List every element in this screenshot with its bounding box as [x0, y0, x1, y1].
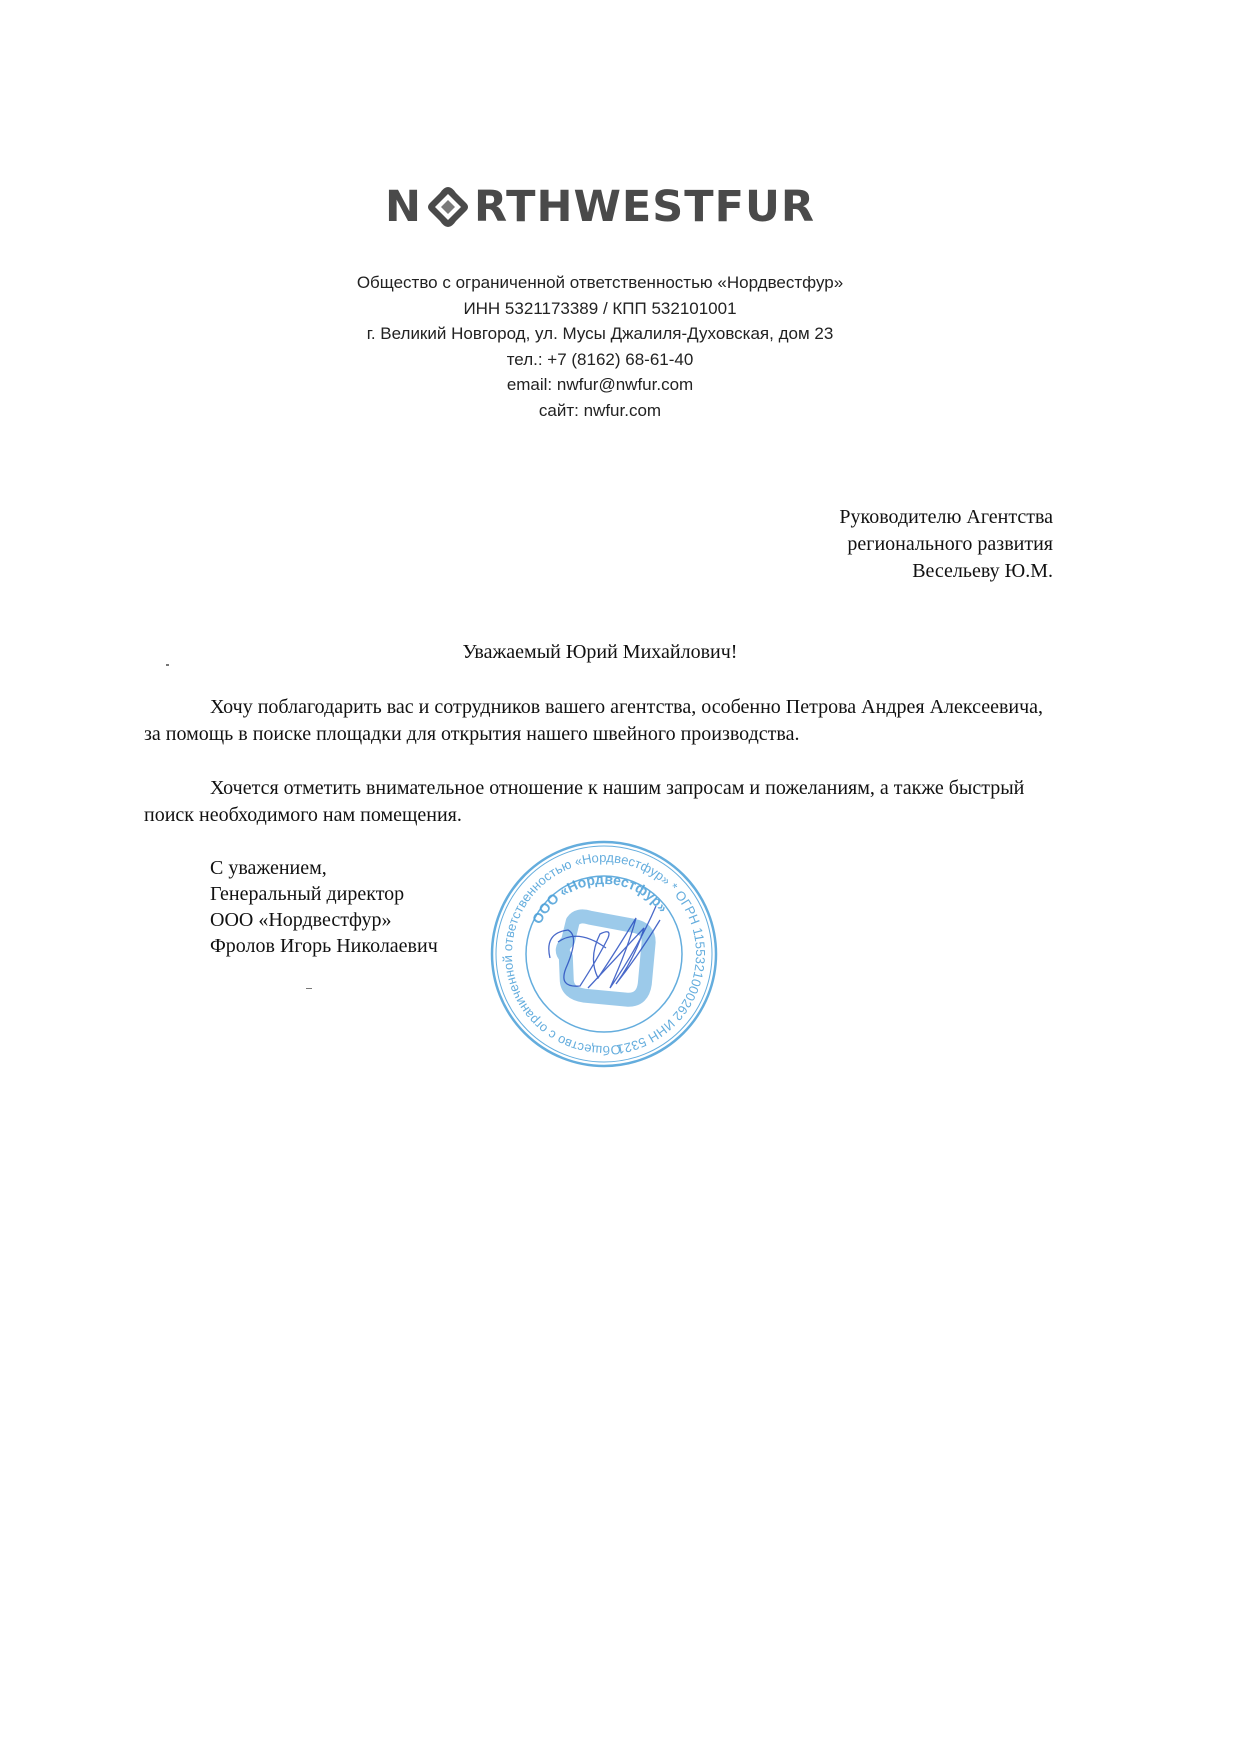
signer-title: Генеральный директор: [210, 881, 438, 907]
company-full-name: Общество с ограниченной ответственностью…: [0, 270, 1200, 296]
salutation: Уважаемый Юрий Михайлович!: [0, 641, 1200, 664]
company-website: сайт: nwfur.com: [0, 398, 1200, 424]
diamond-logo-icon: [426, 185, 470, 229]
svg-text:Общество с ограниченной ответс: Общество с ограниченной ответственностью…: [488, 838, 720, 1070]
body-paragraph-2: Хочется отметить внимательное отношение …: [144, 775, 1058, 829]
logo-text-prefix: N: [385, 182, 422, 232]
company-phone: тел.: +7 (8162) 68-61-40: [0, 347, 1200, 373]
recipient-line-3: Весельеву Ю.М.: [839, 558, 1053, 585]
signer-company: ООО «Нордвестфур»: [210, 907, 438, 933]
closing-phrase: С уважением,: [210, 855, 438, 881]
recipient-line-2: регионального развития: [839, 531, 1053, 558]
stamp-outer-text: Общество с ограниченной ответственностью…: [488, 838, 720, 1070]
scan-speck: [166, 664, 169, 666]
letterhead-info: Общество с ограниченной ответственностью…: [0, 270, 1200, 423]
company-email: email: nwfur@nwfur.com: [0, 372, 1200, 398]
company-address: г. Великий Новгород, ул. Мусы Джалиля-Ду…: [0, 321, 1200, 347]
signature-block: С уважением, Генеральный директор ООО «Н…: [210, 855, 438, 959]
body-paragraph-1: Хочу поблагодарить вас и сотрудников ваш…: [144, 694, 1058, 748]
recipient-line-1: Руководителю Агентства: [839, 504, 1053, 531]
logo-text-suffix: RTHWESTFUR: [474, 182, 815, 232]
tax-ids: ИНН 5321173389 / КПП 532101001: [0, 296, 1200, 322]
signer-name: Фролов Игорь Николаевич: [210, 933, 438, 959]
scan-speck: [306, 988, 312, 989]
company-stamp-icon: Общество с ограниченной ответственностью…: [488, 838, 720, 1070]
recipient-block: Руководителю Агентства регионального раз…: [839, 504, 1053, 585]
company-logo: N RTHWESTFUR: [0, 182, 1200, 232]
